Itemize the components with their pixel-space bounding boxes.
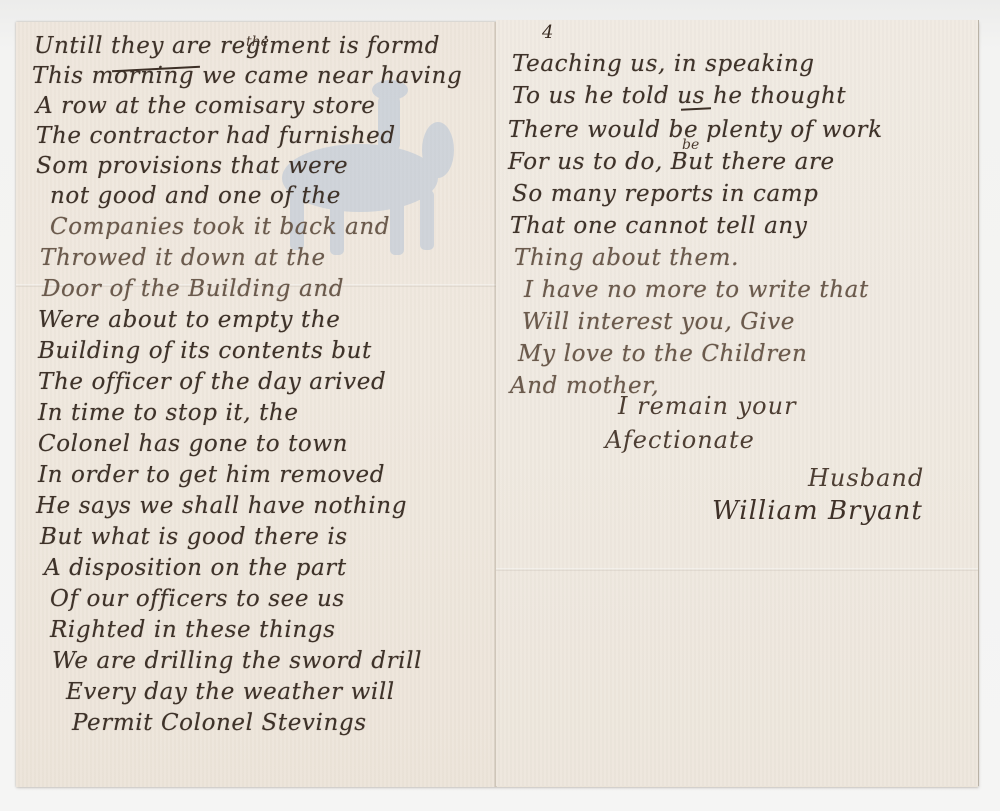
- text-line: Will interest you, Give: [522, 308, 795, 336]
- text-line: Som provisions that were: [36, 152, 348, 180]
- text-line: For us to do, But there are: [508, 148, 835, 176]
- text-line: The officer of the day arived: [38, 368, 386, 396]
- text-line: In time to stop it, the: [38, 399, 299, 427]
- text-line: Door of the Building and: [42, 275, 344, 303]
- text-line: Every day the weather will: [66, 678, 395, 706]
- text-line: Untill they are regiment is formd: [34, 32, 440, 60]
- text-line: Colonel has gone to town: [38, 430, 348, 458]
- text-line: Righted in these things: [50, 616, 336, 644]
- text-line: A disposition on the part: [44, 554, 347, 582]
- text-line: A row at the comisary store: [36, 92, 375, 120]
- closing-line: Afectionate: [605, 426, 755, 454]
- text-line: Companies took it back and: [50, 213, 390, 241]
- signature: William Bryant: [712, 496, 923, 526]
- text-line: In order to get him removed: [38, 461, 385, 489]
- text-line: This morning we came near having: [32, 62, 462, 90]
- closing-line: Husband: [808, 464, 924, 492]
- text-line: Throwed it down at the: [40, 244, 326, 272]
- text-line: Teaching us, in speaking: [512, 50, 815, 78]
- text-line: Thing about them.: [514, 244, 739, 272]
- text-line: Building of its contents but: [38, 337, 372, 365]
- text-line: Of our officers to see us: [50, 585, 345, 613]
- page-number-mark: 4: [542, 22, 553, 43]
- text-line: We are drilling the sword drill: [52, 647, 422, 675]
- paper-fold-line: [496, 568, 978, 571]
- text-line: But what is good there is: [40, 523, 348, 551]
- scanned-letter: the 4 be Untill they are regiment is for…: [0, 0, 1000, 811]
- closing-line: I remain your: [618, 392, 797, 420]
- text-line: My love to the Children: [518, 340, 807, 368]
- text-line: He says we shall have nothing: [36, 492, 407, 520]
- text-line: So many reports in camp: [512, 180, 819, 208]
- text-line: The contractor had furnished: [36, 122, 396, 150]
- text-line: There would be plenty of work: [508, 116, 883, 144]
- text-line: not good and one of the: [50, 182, 341, 210]
- text-line: Permit Colonel Stevings: [72, 709, 367, 737]
- text-line: To us he told us he thought: [512, 82, 846, 110]
- text-line: I have no more to write that: [524, 276, 869, 304]
- text-line: That one cannot tell any: [510, 212, 807, 240]
- text-line: Were about to empty the: [38, 306, 341, 334]
